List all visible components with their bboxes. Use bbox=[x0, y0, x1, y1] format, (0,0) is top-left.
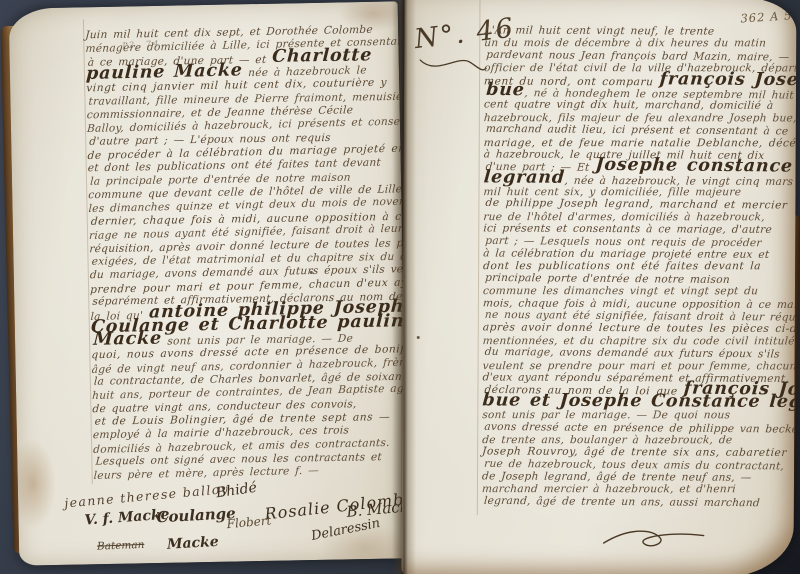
manuscript-line: legrand, âgé de trente un ans, aussi mar… bbox=[483, 495, 795, 510]
manuscript-line: dont les publications ont été faites dev… bbox=[483, 260, 795, 273]
calligraphic-name: Macke bbox=[93, 328, 163, 349]
book-gutter bbox=[392, 0, 416, 574]
calligraphic-name: bue bbox=[485, 79, 525, 99]
manuscript-line: un du mois de décembre à dix heures du m… bbox=[484, 37, 796, 50]
pen-flourish bbox=[600, 525, 710, 552]
signature: Macke bbox=[167, 534, 219, 553]
right-page-text: L'An mil huit cent vingt neuf, le trente… bbox=[482, 24, 796, 509]
manuscript-line: cent quatre vingt dix huit, marchand, do… bbox=[483, 99, 795, 113]
signature: Bateman bbox=[97, 539, 145, 553]
signature: Flobert bbox=[226, 513, 272, 531]
left-page: 12. 74. Juin mil huit cent dix sept, et … bbox=[9, 1, 409, 565]
calligraphic-name: françois Joseph bbox=[659, 68, 797, 89]
corner-page-note: 362 A 5 bbox=[740, 8, 793, 25]
manuscript-line: après avoir donné lecture de toutes les … bbox=[482, 322, 794, 336]
manuscript-line: legrand, née à hazebrouck, le vingt cinq… bbox=[483, 173, 795, 187]
register-photo: 12. 74. Juin mil huit cent dix sept, et … bbox=[0, 0, 800, 574]
signature: Coulange bbox=[156, 504, 236, 526]
manuscript-line: bue et Josephe Constance legrand, bbox=[482, 396, 794, 410]
manuscript-line: sont unis par le mariage. — De quoi nous bbox=[482, 409, 794, 422]
manuscript-line: veulent se prendre pour mari et pour fem… bbox=[482, 360, 794, 373]
manuscript-line: marchand audit lieu, ici présent et cons… bbox=[485, 123, 796, 138]
manuscript-line: commune les dimanches vingt et vingt sep… bbox=[482, 285, 794, 298]
signature-block: jeanne therese balloyBhidéRosalie Colomb… bbox=[9, 1, 398, 8]
calligraphic-name: Josephe constance bbox=[595, 155, 794, 177]
ink-speck bbox=[310, 271, 313, 274]
manuscript-line: mariage, et de feue marie natalie Deblan… bbox=[483, 137, 795, 150]
right-page: N°. 46 362 A 5 L'An mil huit cent vingt … bbox=[401, 0, 796, 574]
manuscript-line: du mariage, avons demandé aux futurs épo… bbox=[484, 346, 796, 361]
left-page-text: Juin mil huit cent dix sept, et Dorothée… bbox=[85, 23, 406, 483]
signature: Delaressin bbox=[310, 516, 381, 544]
pen-flourish bbox=[418, 52, 488, 78]
calligraphic-name: legrand bbox=[483, 167, 566, 187]
ink-speck bbox=[417, 336, 420, 339]
